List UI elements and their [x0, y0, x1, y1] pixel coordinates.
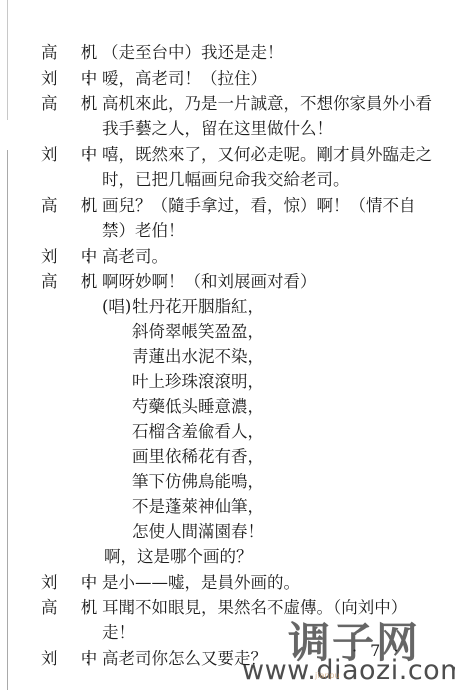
song-prefix: (唱): [102, 295, 131, 319]
verse-text: 斜倚翠帳笑盈盈，: [132, 320, 264, 344]
dialogue-text: （走至台中）我还是走！: [102, 41, 284, 65]
speaker-colon: ：: [84, 571, 101, 595]
speaker-colon: ：: [84, 67, 101, 91]
dialogue-text: 啊呀妙啊！（和刘展画对看）: [102, 270, 317, 294]
verse-text: 画里依稀花有香，: [132, 445, 264, 469]
speaker-colon: ：: [84, 41, 101, 65]
dialogue-text: 画兒？（隨手拿过，看，惊）啊！（情不自: [102, 194, 416, 218]
verse-text: 叶上珍珠滾滾明，: [132, 370, 264, 394]
dialogue-text: 嗳，高老司！（拉住）: [102, 67, 267, 91]
dialogue-text: 高机來此，乃是一片誠意，不想你家員外小看: [102, 92, 432, 116]
dialogue-text: 禁）老伯！: [102, 219, 185, 243]
verse-text: 石榴含羞偸看人，: [132, 420, 264, 444]
verse-text: 牡丹花开胭脂紅，: [132, 295, 264, 319]
verse-text: 芍藥低头睡意濃，: [132, 395, 264, 419]
speaker-colon: ：: [84, 647, 101, 671]
aside-text: 啊，这是哪个画的？: [104, 545, 253, 569]
dialogue-text: 嘻，既然來了，又何必走呢。剛才員外臨走之: [102, 143, 432, 167]
speaker-colon: ：: [84, 143, 101, 167]
page-edge-line: [7, 150, 8, 690]
scanned-script-page: 高 机 ： （走至台中）我还是走！ 刘 中 ： 嗳，高老司！（拉住） 高 机 ：…: [0, 0, 455, 690]
verse-text: 怎使人間滿園春！: [132, 520, 264, 544]
verse-text: 靑蓮出水泥不染，: [132, 345, 264, 369]
speaker-colon: ：: [84, 270, 101, 294]
page-edge-line: [7, 0, 8, 120]
verse-text: 筆下仿佛鳥能鳴，: [132, 470, 264, 494]
speaker-colon: ：: [84, 245, 101, 269]
speaker-colon: ：: [84, 92, 101, 116]
dialogue-text: 走！: [102, 621, 135, 645]
watermark-tag: jianpu: [315, 671, 340, 680]
verse-text: 不是蓬萊神仙筆，: [132, 495, 264, 519]
speaker-colon: ：: [84, 596, 101, 620]
dialogue-text: 时，已把几幅画兒命我交給老司。: [102, 168, 350, 192]
dialogue-text: 我手藝之人，留在这里做什么！: [102, 117, 333, 141]
speaker-colon: ：: [84, 194, 101, 218]
dialogue-text: 高老司。: [102, 245, 168, 269]
dialogue-text: 高老司你怎么又要走？: [102, 647, 267, 671]
dialogue-text: 是小——嘘，是員外画的。: [102, 571, 300, 595]
watermark-url: www.diaozi.com: [242, 655, 455, 686]
